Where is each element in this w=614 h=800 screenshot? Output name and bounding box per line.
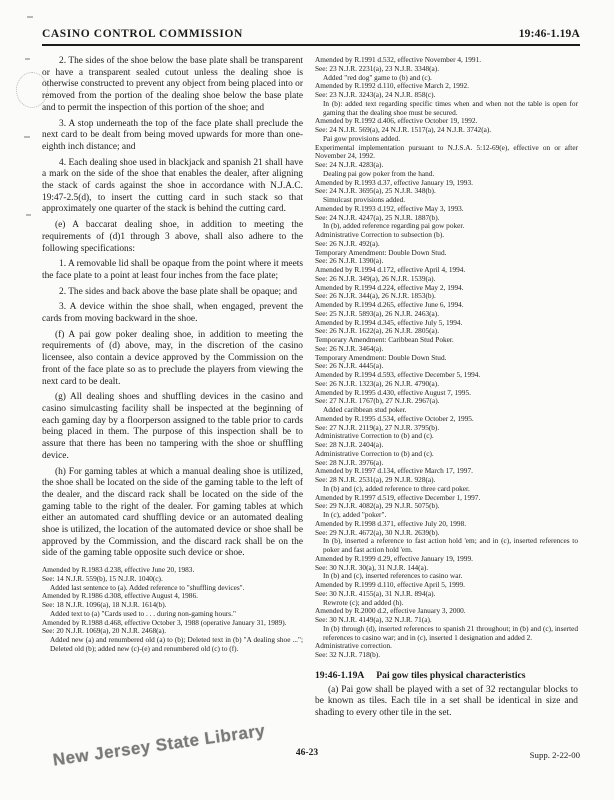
amendment-history-right: Amended by R.1991 d.532, effective Novem… — [315, 56, 578, 660]
regulation-paragraph: (h) For gaming tables at which a manual … — [42, 467, 303, 561]
left-column: 2. The sides of the shoe below the base … — [42, 56, 303, 654]
page-number: 46-23 — [0, 748, 614, 758]
running-section-number: 19:46-1.19A — [519, 28, 580, 40]
regulation-paragraph: 3. A stop underneath the top of the face… — [42, 119, 303, 154]
section-title: Pai gow tiles physical characteristics — [376, 670, 525, 682]
regulation-paragraph: 2. The sides and back above the base pla… — [42, 287, 303, 299]
amendment-history-left: Amended by R.1983 d.238, effective June … — [42, 566, 303, 654]
regulation-paragraph: 1. A removable lid shall be opaque from … — [42, 259, 303, 282]
running-title: CASINO CONTROL COMMISSION — [42, 28, 243, 40]
section-number: 19:46-1.19A — [315, 670, 364, 682]
scan-artifact — [27, 16, 33, 18]
regulation-paragraph: 3. A device within the shoe shall, when … — [42, 302, 303, 325]
section-heading: 19:46-1.19A Pai gow tiles physical chara… — [315, 670, 578, 682]
regulation-paragraph: (g) All dealing shoes and shuffling devi… — [42, 392, 303, 462]
history-line: Added new (a) and renumbered old (a) to … — [42, 636, 303, 654]
regulation-paragraph: (a) Pai gow shall be played with a set o… — [315, 685, 578, 720]
regulation-paragraph: (e) A baccarat dealing shoe, in addition… — [42, 220, 303, 255]
scan-artifact — [26, 214, 31, 216]
supplement-date: Supp. 2-22-00 — [530, 750, 580, 760]
history-line: In (b) through (d), inserted references … — [315, 625, 578, 643]
scan-artifact — [24, 136, 30, 138]
page-header: CASINO CONTROL COMMISSION 19:46-1.19A — [42, 28, 580, 46]
regulation-paragraph: (f) A pai gow poker dealing shoe, in add… — [42, 330, 303, 389]
regulation-paragraph: 2. The sides of the shoe below the base … — [42, 56, 303, 115]
history-line: In (b): added text regarding specific ti… — [315, 100, 578, 118]
scan-artifact — [25, 58, 30, 60]
right-column: Amended by R.1991 d.532, effective Novem… — [315, 56, 578, 724]
history-line: See: 32 N.J.R. 718(b). — [315, 651, 578, 660]
history-line: In (b), inserted a reference to fast act… — [315, 537, 578, 555]
document-page: CASINO CONTROL COMMISSION 19:46-1.19A 2.… — [0, 0, 614, 800]
regulation-paragraphs: 2. The sides of the shoe below the base … — [42, 56, 303, 560]
history-line: Experimental implementation pursuant to … — [315, 144, 578, 162]
library-stamp: New Jersey State Library — [52, 721, 263, 770]
regulation-paragraph: 4. Each dealing shoe used in blackjack a… — [42, 158, 303, 217]
